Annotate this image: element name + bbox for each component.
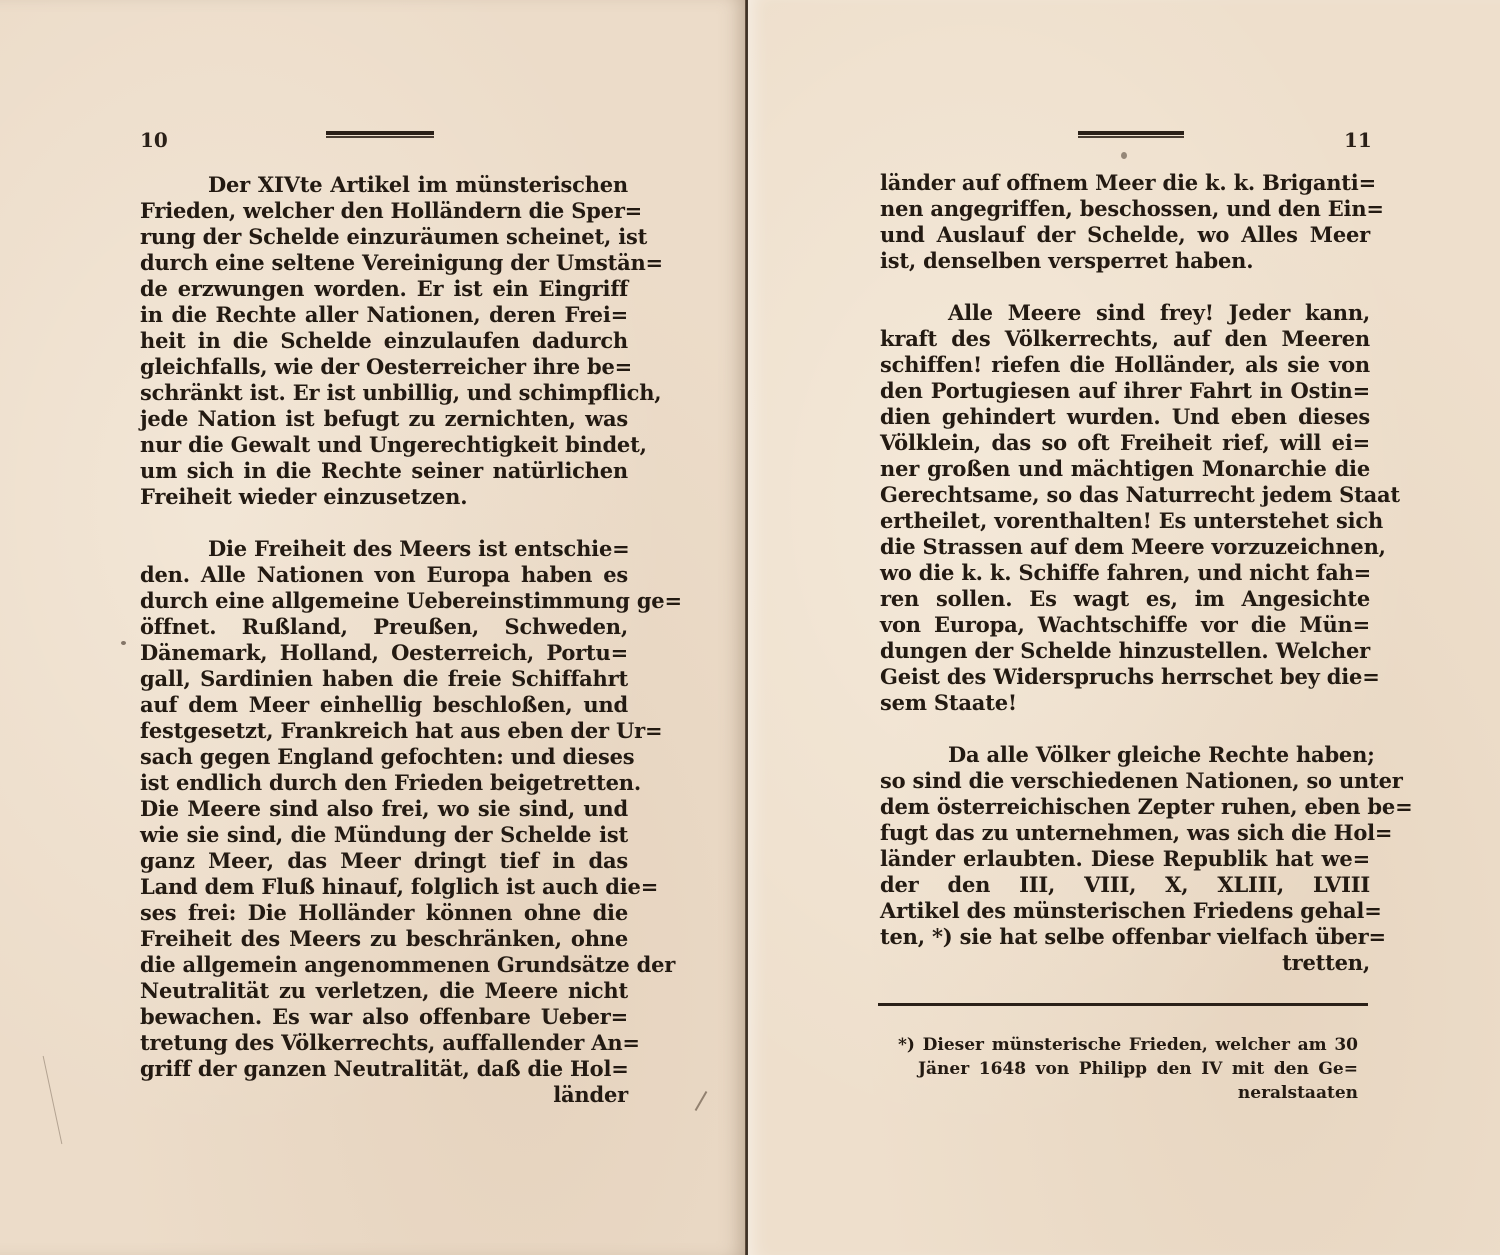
text-line: nen angegriffen, beschossen, und den Ein… xyxy=(880,196,1370,222)
paper-crease xyxy=(43,1056,63,1144)
ink-speck xyxy=(121,641,126,645)
catchword: länder xyxy=(140,1082,628,1108)
text-line: durch eine allgemeine Uebereinstimmung g… xyxy=(140,588,628,614)
text-line: Gerechtsame, so das Naturrecht jedem Sta… xyxy=(880,482,1370,508)
paragraph: Die Freiheit des Meers ist entschie=den.… xyxy=(140,536,628,1082)
text-line: dem österreichischen Zepter ruhen, eben … xyxy=(880,794,1370,820)
page-number: 11 xyxy=(1344,128,1372,152)
text-line: wie sie sind, die Mündung der Schelde is… xyxy=(140,822,628,848)
paragraph: länder auf offnem Meer die k. k. Brigant… xyxy=(880,170,1370,274)
text-line: die Strassen auf dem Meere vorzuzeichnen… xyxy=(880,534,1370,560)
text-line: Geist des Widerspruchs herrschet bey die… xyxy=(880,664,1370,690)
paragraph: Der XIVte Artikel im münsterischenFriede… xyxy=(140,172,628,510)
text-line: nur die Gewalt und Ungerechtigkeit binde… xyxy=(140,432,628,458)
text-line: fugt das zu unternehmen, was sich die Ho… xyxy=(880,820,1370,846)
text-line: kraft des Völkerrechts, auf den Meeren xyxy=(880,326,1370,352)
text-line: heit in die Schelde einzulaufen dadurch xyxy=(140,328,628,354)
text-line: ist endlich durch den Frieden beigetrett… xyxy=(140,770,628,796)
text-line: und Auslauf der Schelde, wo Alles Meer xyxy=(880,222,1370,248)
text-line: ren sollen. Es wagt es, im Angesichte xyxy=(880,586,1370,612)
text-line: griff der ganzen Neutralität, daß die Ho… xyxy=(140,1056,628,1082)
text-line: Völklein, das so oft Freiheit rief, will… xyxy=(880,430,1370,456)
text-line: der den III, VIII, X, XLIII, LVIII xyxy=(880,872,1370,898)
text-line: ertheilet, vorenthalten! Es unterstehet … xyxy=(880,508,1370,534)
text-line: Der XIVte Artikel im münsterischen xyxy=(140,172,628,198)
text-line: jede Nation ist befugt zu zernichten, wa… xyxy=(140,406,628,432)
footnote-line: *) Dieser münsterische Frieden, welcher … xyxy=(898,1033,1358,1057)
footnote-line: neralstaaten xyxy=(898,1081,1358,1105)
text-line: öffnet. Rußland, Preußen, Schweden, xyxy=(140,614,628,640)
text-line: Neutralität zu verletzen, die Meere nich… xyxy=(140,978,628,1004)
text-line: von Europa, Wachtschiffe vor die Mün= xyxy=(880,612,1370,638)
text-line: so sind die verschiedenen Nationen, so u… xyxy=(880,768,1370,794)
text-line: Die Meere sind also frei, wo sie sind, u… xyxy=(140,796,628,822)
right-page-body: länder auf offnem Meer die k. k. Brigant… xyxy=(880,170,1370,976)
left-page-body: Der XIVte Artikel im münsterischenFriede… xyxy=(140,172,628,1108)
text-line: sach gegen England gefochten: und dieses xyxy=(140,744,628,770)
text-line: schiffen! riefen die Holländer, als sie … xyxy=(880,352,1370,378)
footnote-rule xyxy=(878,1003,1368,1006)
text-line: den. Alle Nationen von Europa haben es xyxy=(140,562,628,588)
text-line: Die Freiheit des Meers ist entschie= xyxy=(140,536,628,562)
text-line: dien gehindert wurden. Und eben dieses xyxy=(880,404,1370,430)
ink-speck xyxy=(1121,152,1127,159)
text-line: Dänemark, Holland, Oesterreich, Portu= xyxy=(140,640,628,666)
header-rule-ornament xyxy=(326,131,434,139)
text-line: länder erlaubten. Diese Republik hat we= xyxy=(880,846,1370,872)
paragraph: Alle Meere sind frey! Jeder kann,kraft d… xyxy=(880,300,1370,716)
header-rule-ornament xyxy=(1078,131,1184,139)
text-line: Da alle Völker gleiche Rechte haben; xyxy=(880,742,1370,768)
text-line: in die Rechte aller Nationen, deren Frei… xyxy=(140,302,628,328)
text-line: wo die k. k. Schiffe fahren, und nicht f… xyxy=(880,560,1370,586)
text-line: sem Staate! xyxy=(880,690,1370,716)
text-line: länder auf offnem Meer die k. k. Brigant… xyxy=(880,170,1370,196)
text-line: ganz Meer, das Meer dringt tief in das xyxy=(140,848,628,874)
text-line: durch eine seltene Vereinigung der Umstä… xyxy=(140,250,628,276)
paragraph: Da alle Völker gleiche Rechte haben;so s… xyxy=(880,742,1370,976)
text-line: gall, Sardinien haben die freie Schiffah… xyxy=(140,666,628,692)
text-line: die allgemein angenommenen Grundsätze de… xyxy=(140,952,628,978)
text-line: Frieden, welcher den Holländern die Sper… xyxy=(140,198,628,224)
footnote-line: Jäner 1648 von Philipp den IV mit den Ge… xyxy=(898,1057,1358,1081)
text-line: de erzwungen worden. Er ist ein Eingriff xyxy=(140,276,628,302)
paper-mark xyxy=(695,1091,708,1111)
text-line: ner großen und mächtigen Monarchie die xyxy=(880,456,1370,482)
text-line: rung der Schelde einzuräumen scheinet, i… xyxy=(140,224,628,250)
text-line: festgesetzt, Frankreich hat aus eben der… xyxy=(140,718,628,744)
text-line: dungen der Schelde hinzustellen. Welcher xyxy=(880,638,1370,664)
text-line: gleichfalls, wie der Oesterreicher ihre … xyxy=(140,354,628,380)
text-line: Alle Meere sind frey! Jeder kann, xyxy=(880,300,1370,326)
text-line: tretten, xyxy=(880,950,1370,976)
text-line: auf dem Meer einhellig beschloßen, und xyxy=(140,692,628,718)
footnote: *) Dieser münsterische Frieden, welcher … xyxy=(898,1033,1358,1105)
text-line: tretung des Völkerrechts, auffallender A… xyxy=(140,1030,628,1056)
text-line: ten, *) sie hat selbe offenbar vielfach … xyxy=(880,924,1370,950)
text-line: bewachen. Es war also offenbare Ueber= xyxy=(140,1004,628,1030)
text-line: Freiheit des Meers zu beschränken, ohne xyxy=(140,926,628,952)
text-line: um sich in die Rechte seiner natürlichen xyxy=(140,458,628,484)
text-line: ist, denselben versperret haben. xyxy=(880,248,1370,274)
text-line: ses frei: Die Holländer können ohne die xyxy=(140,900,628,926)
left-page: 10 Der XIVte Artikel im münsterischenFri… xyxy=(0,0,748,1255)
text-line: Land dem Fluß hinauf, folglich ist auch … xyxy=(140,874,628,900)
text-line: den Portugiesen auf ihrer Fahrt in Ostin… xyxy=(880,378,1370,404)
text-line: schränkt ist. Er ist unbillig, und schim… xyxy=(140,380,628,406)
text-line: Freiheit wieder einzusetzen. xyxy=(140,484,628,510)
page-number: 10 xyxy=(140,128,168,152)
text-line: Artikel des münsterischen Friedens gehal… xyxy=(880,898,1370,924)
